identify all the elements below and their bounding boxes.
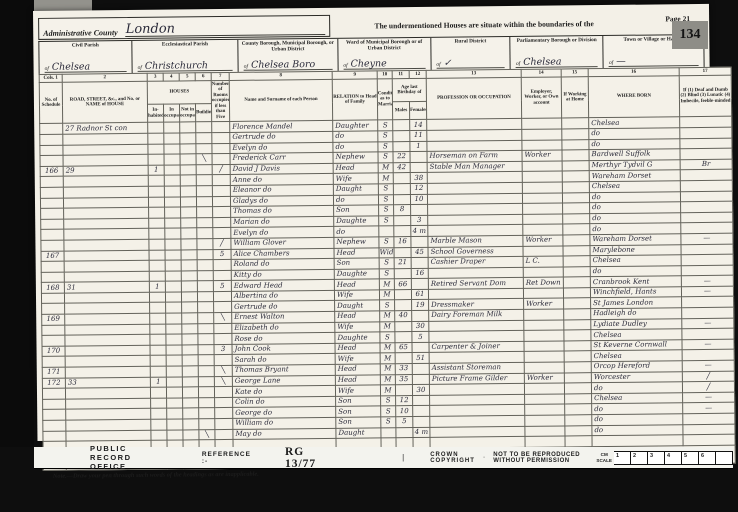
- cell-schedule: [43, 420, 66, 431]
- cell-relation: Daughte: [334, 216, 379, 227]
- cell-age-male: [395, 332, 412, 343]
- cell-rooms: ╲: [214, 376, 232, 387]
- cell-rooms: [213, 228, 231, 239]
- cell-in-occupation: [164, 197, 180, 208]
- cell-building: [197, 260, 213, 271]
- of-prefix: of: [45, 66, 49, 72]
- cell-working-home: [565, 436, 592, 447]
- cell-age-female: [412, 342, 429, 353]
- scale-box: 3: [648, 451, 665, 465]
- cell-employer: [523, 224, 563, 235]
- cell-not-in-occupation: [180, 175, 196, 186]
- cell-rooms: [214, 323, 232, 334]
- cell-condition: S: [378, 184, 393, 195]
- cell-condition: S: [381, 396, 396, 407]
- cell-age-male: [394, 268, 411, 279]
- cell-employer: Worker: [524, 298, 564, 309]
- cell-building: [197, 228, 213, 239]
- cell-working-home: [564, 351, 591, 362]
- cell-not-in-occupation: [182, 387, 198, 398]
- cell-inhabited: [149, 260, 165, 271]
- header-condition: Condition as to Marriage: [377, 79, 392, 121]
- cell-not-in-occupation: [181, 270, 197, 281]
- cell-age-male: [395, 321, 412, 332]
- cell-employer: Worker: [523, 235, 563, 246]
- cell-working-home: [565, 404, 592, 415]
- cell-inhabited: [148, 123, 164, 134]
- cell-condition: M: [380, 353, 395, 364]
- header-rooms: Number of Rooms occupied if less than Fi…: [211, 80, 229, 122]
- cell-relation: Wife: [333, 173, 378, 184]
- cell-in-occupation: [166, 387, 182, 398]
- cell-building: [198, 366, 214, 377]
- cell-schedule: [40, 124, 63, 135]
- cell-schedule: 168: [41, 282, 64, 293]
- reproduction-notice: NOT TO BE REPRODUCED WITHOUT PERMISSION: [493, 452, 582, 464]
- cell-age-male: [395, 300, 412, 311]
- cell-relation: Daught: [333, 184, 378, 195]
- cell-age-male: 42: [393, 162, 410, 173]
- scale-box: 4: [665, 451, 682, 465]
- district-box-county-borough-municipal-borough-or-urban-district: County Borough, Municipal Borough, or Ur…: [239, 39, 339, 72]
- cell-infirmity: —: [682, 339, 734, 350]
- cell-relation: Wife: [334, 290, 379, 301]
- cell-relation: Head: [335, 343, 380, 354]
- cell-working-home: [562, 139, 589, 150]
- cell-condition: Wid: [379, 247, 394, 258]
- cell-inhabited: [150, 366, 166, 377]
- cell-infirmity: —: [681, 233, 733, 244]
- census-sheet: Administrative County London The underme…: [33, 4, 713, 441]
- cell-relation: Nephew: [333, 152, 378, 163]
- cell-in-occupation: [167, 430, 183, 441]
- cell-employer: [525, 415, 565, 426]
- cell-building: [197, 207, 213, 218]
- cell-infirmity: ╱: [682, 371, 734, 382]
- cell-employer: [523, 267, 563, 278]
- district-label: Ward of Municipal Borough or of Urban Di…: [340, 39, 428, 52]
- cell-age-male: 35: [395, 374, 412, 385]
- cell-schedule: [43, 410, 66, 421]
- cell-infirmity: ╱: [682, 381, 734, 392]
- cell-condition: S: [379, 205, 394, 216]
- cell-rooms: ╱: [213, 238, 231, 249]
- column-number: Cols. 1: [39, 74, 62, 82]
- cell-employer: [522, 171, 562, 182]
- cell-working-home: [563, 256, 590, 267]
- cell-age-male: [394, 215, 411, 226]
- cell-employer: [524, 309, 564, 320]
- header-age: Age last Birthday of: [392, 78, 426, 102]
- cell-inhabited: [149, 207, 165, 218]
- cell-inhabited: [150, 324, 166, 335]
- cell-relation: Head: [334, 279, 379, 290]
- cell-not-in-occupation: [180, 186, 196, 197]
- cell-working-home: [564, 341, 591, 352]
- cell-schedule: [41, 208, 64, 219]
- cell-condition: M: [378, 173, 393, 184]
- cell-rooms: [212, 132, 230, 143]
- cell-employer: [524, 383, 564, 394]
- cell-infirmity: —: [683, 403, 735, 414]
- cell-working-home: [563, 245, 590, 256]
- cell-relation: Wife: [335, 385, 380, 396]
- cell-infirmity: —: [681, 286, 733, 297]
- cell-building: [197, 292, 213, 303]
- cell-not-in-occupation: [181, 292, 197, 303]
- scan-left-margin: [0, 0, 34, 447]
- cell-inhabited: 1: [150, 377, 166, 388]
- cell-inhabited: [149, 292, 165, 303]
- cell-infirmity: [681, 212, 733, 223]
- cell-condition: M: [380, 321, 395, 332]
- scale-box: 1: [614, 451, 631, 465]
- cell-infirmity: —: [683, 392, 735, 403]
- of-prefix: of: [343, 63, 347, 69]
- cell-inhabited: [149, 271, 165, 282]
- cell-building: [196, 164, 212, 175]
- cell-rooms: [215, 408, 233, 419]
- cell-inhabited: [150, 345, 166, 356]
- cell-relation: Head: [333, 163, 378, 174]
- cell-infirmity: [680, 117, 732, 128]
- cell-condition: M: [379, 279, 394, 290]
- undermentioned-text: The undermentioned Houses are situate wi…: [330, 19, 634, 37]
- cell-employer: [524, 330, 564, 341]
- cell-age-female: [412, 363, 429, 374]
- column-number: 12: [409, 70, 426, 78]
- cell-relation: Nephew: [334, 237, 379, 248]
- cell-not-in-occupation: [183, 398, 199, 409]
- cell-relation: Son: [334, 258, 379, 269]
- cell-schedule: [40, 177, 63, 188]
- cell-age-female: 4 m: [413, 427, 430, 438]
- cell-rooms: [215, 429, 233, 440]
- cell-in-occupation: [166, 345, 182, 356]
- cell-inhabited: [148, 133, 164, 144]
- cell-age-male: [394, 226, 411, 237]
- cell-not-in-occupation: [183, 429, 199, 440]
- cell-employer: [524, 320, 564, 331]
- cell-relation: Son: [336, 396, 381, 407]
- cell-building: [196, 196, 212, 207]
- cell-age-female: [410, 162, 427, 173]
- cell-building: [198, 323, 214, 334]
- cell-employer: [525, 404, 565, 415]
- cell-age-male: [393, 173, 410, 184]
- cell-condition: S: [379, 237, 394, 248]
- cell-inhabited: [149, 239, 165, 250]
- cell-schedule: 167: [41, 251, 64, 262]
- cell-age-male: 21: [394, 258, 411, 269]
- of-prefix: of: [138, 65, 142, 71]
- cell-age-female: 14: [410, 120, 427, 131]
- cell-age-female: [413, 406, 430, 417]
- cell-condition: M: [378, 163, 393, 174]
- cell-inhabited: [151, 398, 167, 409]
- column-number: 5: [179, 73, 195, 81]
- cell-condition: M: [380, 374, 395, 385]
- cell-building: [197, 239, 213, 250]
- cell-condition: S: [378, 141, 393, 152]
- cell-age-male: 65: [395, 342, 412, 353]
- cell-not-in-occupation: [183, 408, 199, 419]
- cell-building: [198, 376, 214, 387]
- header-relation: RELATION to Head of Family: [332, 79, 377, 121]
- cell-infirmity: [682, 328, 734, 339]
- cell-age-female: [410, 152, 427, 163]
- cell-infirmity: [681, 223, 733, 234]
- cell-rooms: [212, 185, 230, 196]
- cell-condition: S: [378, 194, 393, 205]
- census-table: Cols. 1234567891011121314151617 No. of S…: [39, 67, 736, 471]
- cell-schedule: 166: [40, 166, 63, 177]
- cell-in-occupation: [165, 218, 181, 229]
- cell-schedule: 170: [42, 346, 65, 357]
- cell-working-home: [565, 394, 592, 405]
- cell-age-male: 66: [394, 279, 411, 290]
- cell-inhabited: [150, 356, 166, 367]
- cell-relation: Wife: [335, 353, 380, 364]
- cell-in-occupation: [164, 133, 180, 144]
- cell-infirmity: —: [682, 360, 734, 371]
- district-box-ecclesiastical-parish: Ecclesiastical ParishofChristchurch: [132, 40, 239, 73]
- cell-building: [197, 249, 213, 260]
- of-prefix: of: [516, 61, 520, 67]
- cell-age-male: 33: [395, 364, 412, 375]
- cell-not-in-occupation: [182, 334, 198, 345]
- cell-infirmity: [682, 307, 734, 318]
- cell-infirmity: [681, 254, 733, 265]
- cell-not-in-occupation: [180, 196, 196, 207]
- cell-age-female: 30: [412, 321, 429, 332]
- cell-relation: Head: [334, 247, 379, 258]
- cell-condition: M: [380, 311, 395, 322]
- administrative-county-box: Administrative County London: [38, 15, 330, 40]
- district-value: Cheyne: [351, 59, 387, 68]
- cell-not-in-occupation: [182, 323, 198, 334]
- cell-age-female: [412, 374, 429, 385]
- cell-relation: Daughte: [334, 269, 379, 280]
- district-label: Ecclesiastical Parish: [134, 41, 235, 48]
- district-value: Christchurch: [145, 61, 208, 71]
- cell-condition: S: [381, 406, 396, 417]
- cell-age-female: [413, 416, 430, 427]
- cell-age-female: 61: [411, 289, 428, 300]
- district-box-ward-of-municipal-borough-or-of-urban-district: Ward of Municipal Borough or of Urban Di…: [338, 38, 431, 71]
- district-label: County Borough, Municipal Borough, or Ur…: [241, 40, 336, 53]
- district-value: Chelsea: [523, 57, 561, 66]
- cell-working-home: [563, 235, 590, 246]
- cell-working-home: [562, 171, 589, 182]
- cell-rooms: [212, 196, 230, 207]
- cell-schedule: [40, 145, 63, 156]
- district-label: Parliamentary Borough or Division: [513, 37, 601, 44]
- cell-condition: S: [381, 417, 396, 428]
- cell-in-occupation: [167, 408, 183, 419]
- cell-age-female: [413, 395, 430, 406]
- cell-rooms: 5: [213, 281, 231, 292]
- cell-relation: Daughter: [333, 120, 378, 131]
- district-value: Chelsea: [52, 62, 90, 71]
- column-number: 3: [147, 73, 163, 81]
- cell-inhabited: [149, 250, 165, 261]
- cell-rooms: [212, 122, 230, 133]
- cell-in-occupation: [165, 228, 181, 239]
- cell-in-occupation: [166, 334, 182, 345]
- cell-building: [199, 408, 215, 419]
- cell-age-female: [411, 236, 428, 247]
- cell-relation: Daught: [336, 427, 381, 438]
- cell-age-male: [393, 141, 410, 152]
- cell-rooms: [214, 302, 232, 313]
- cell-schedule: [41, 230, 64, 241]
- cell-inhabited: 1: [148, 165, 164, 176]
- cell-rooms: [213, 270, 231, 281]
- cell-building: [198, 387, 214, 398]
- cell-age-male: [395, 385, 412, 396]
- cell-in-occupation: [164, 154, 180, 165]
- header-not-in-occupation: Not in occupation: [179, 104, 195, 122]
- cell-working-home: [563, 213, 590, 224]
- cell-building: [198, 302, 214, 313]
- cell-working-home: [564, 330, 591, 341]
- cell-in-occupation: [164, 122, 180, 133]
- cell-condition: S: [378, 152, 393, 163]
- cell-working-home: [563, 288, 590, 299]
- cell-condition: M: [380, 343, 395, 354]
- cell-infirmity: [681, 244, 733, 255]
- cell-age-female: 5: [412, 332, 429, 343]
- cell-not-in-occupation: [181, 239, 197, 250]
- cell-employer: [525, 426, 565, 437]
- cell-infirmity: [681, 201, 733, 212]
- cell-building: [198, 355, 214, 366]
- cell-not-in-occupation: [181, 281, 197, 292]
- cell-building: [197, 217, 213, 228]
- cell-schedule: [42, 335, 65, 346]
- cell-infirmity: [682, 297, 734, 308]
- header-males: Males: [392, 102, 409, 120]
- cell-age-male: [395, 353, 412, 364]
- cell-in-occupation: [166, 377, 182, 388]
- cell-employer: [523, 245, 563, 256]
- cell-not-in-occupation: [180, 133, 196, 144]
- header-employer: Employer, Worker, or Own account: [521, 77, 561, 119]
- district-value: —: [616, 57, 626, 66]
- cell-working-home: [565, 425, 592, 436]
- cell-not-in-occupation: [181, 228, 197, 239]
- cell-age-male: 12: [396, 395, 413, 406]
- scale-box: 2: [631, 451, 648, 465]
- cm-scale-label: CM SCALE: [596, 452, 612, 462]
- cell-in-occupation: [164, 165, 180, 176]
- cell-in-occupation: [166, 313, 182, 324]
- cell-building: [199, 419, 215, 430]
- cell-rooms: ╲: [214, 313, 232, 324]
- reference-value: RG 13/77: [285, 446, 316, 470]
- cell-age-male: 40: [395, 311, 412, 322]
- cell-employer: [522, 140, 562, 151]
- district-value: Chelsea Boro: [251, 60, 315, 70]
- cell-employer: Worker: [524, 373, 564, 384]
- cell-age-female: 1: [410, 141, 427, 152]
- divider-mark: |: [402, 453, 404, 462]
- cell-not-in-occupation: [180, 165, 196, 176]
- cell-age-female: [411, 257, 428, 268]
- cell-not-in-occupation: [181, 218, 197, 229]
- of-prefix: of: [244, 64, 248, 70]
- column-number: 11: [392, 71, 409, 79]
- cell-infirmity: [680, 138, 732, 149]
- cell-working-home: [563, 277, 590, 288]
- cell-inhabited: [150, 387, 166, 398]
- cell-rooms: [213, 217, 231, 228]
- cell-working-home: [564, 383, 591, 394]
- cell-age-male: [396, 427, 413, 438]
- cell-building: [197, 270, 213, 281]
- cell-rooms: [212, 175, 230, 186]
- cell-relation: do: [333, 141, 378, 152]
- cell-condition: [379, 226, 394, 237]
- cell-employer: [523, 288, 563, 299]
- cell-not-in-occupation: [182, 366, 198, 377]
- cell-in-occupation: [165, 292, 181, 303]
- cell-schedule: 169: [42, 314, 65, 325]
- cell-in-occupation: [166, 302, 182, 313]
- cell-not-in-occupation: [182, 313, 198, 324]
- cell-age-male: 16: [394, 236, 411, 247]
- cell-in-occupation: [165, 281, 181, 292]
- column-number: 15: [561, 69, 588, 77]
- cell-age-male: 8: [394, 205, 411, 216]
- cell-condition: S: [378, 120, 393, 131]
- cell-building: ╲: [199, 429, 215, 440]
- cell-building: [199, 397, 215, 408]
- cell-condition: S: [378, 131, 393, 142]
- cell-inhabited: [148, 154, 164, 165]
- cell-condition: S: [380, 332, 395, 343]
- cell-age-female: 30: [412, 385, 429, 396]
- cell-working-home: [564, 319, 591, 330]
- cell-infirmity: [683, 424, 735, 435]
- cell-working-home: [564, 372, 591, 383]
- header-building: Building: [195, 104, 211, 122]
- cell-schedule: [42, 304, 65, 315]
- cell-schedule: [42, 325, 65, 336]
- cell-working-home: [563, 203, 590, 214]
- cell-inhabited: [148, 197, 164, 208]
- cell-employer: [522, 161, 562, 172]
- district-box-civil-parish: Civil ParishofChelsea: [39, 41, 132, 74]
- cell-inhabited: [150, 313, 166, 324]
- cell-relation: Wife: [335, 322, 380, 333]
- cell-rooms: [214, 387, 232, 398]
- district-box-parliamentary-borough-or-division: Parliamentary Borough or DivisionofChels…: [511, 36, 604, 69]
- cell-age-female: 19: [412, 300, 429, 311]
- cell-condition: S: [379, 268, 394, 279]
- cell-rooms: ╱: [212, 164, 230, 175]
- cell-inhabited: [150, 303, 166, 314]
- cell-relation: Son: [336, 406, 381, 417]
- scale-box: 6: [699, 451, 716, 465]
- cell-age-female: 38: [410, 173, 427, 184]
- cell-working-home: [563, 266, 590, 277]
- cell-infirmity: —: [681, 275, 733, 286]
- cell-condition: S: [379, 258, 394, 269]
- cell-condition: M: [380, 364, 395, 375]
- cell-rooms: ╲: [214, 365, 232, 376]
